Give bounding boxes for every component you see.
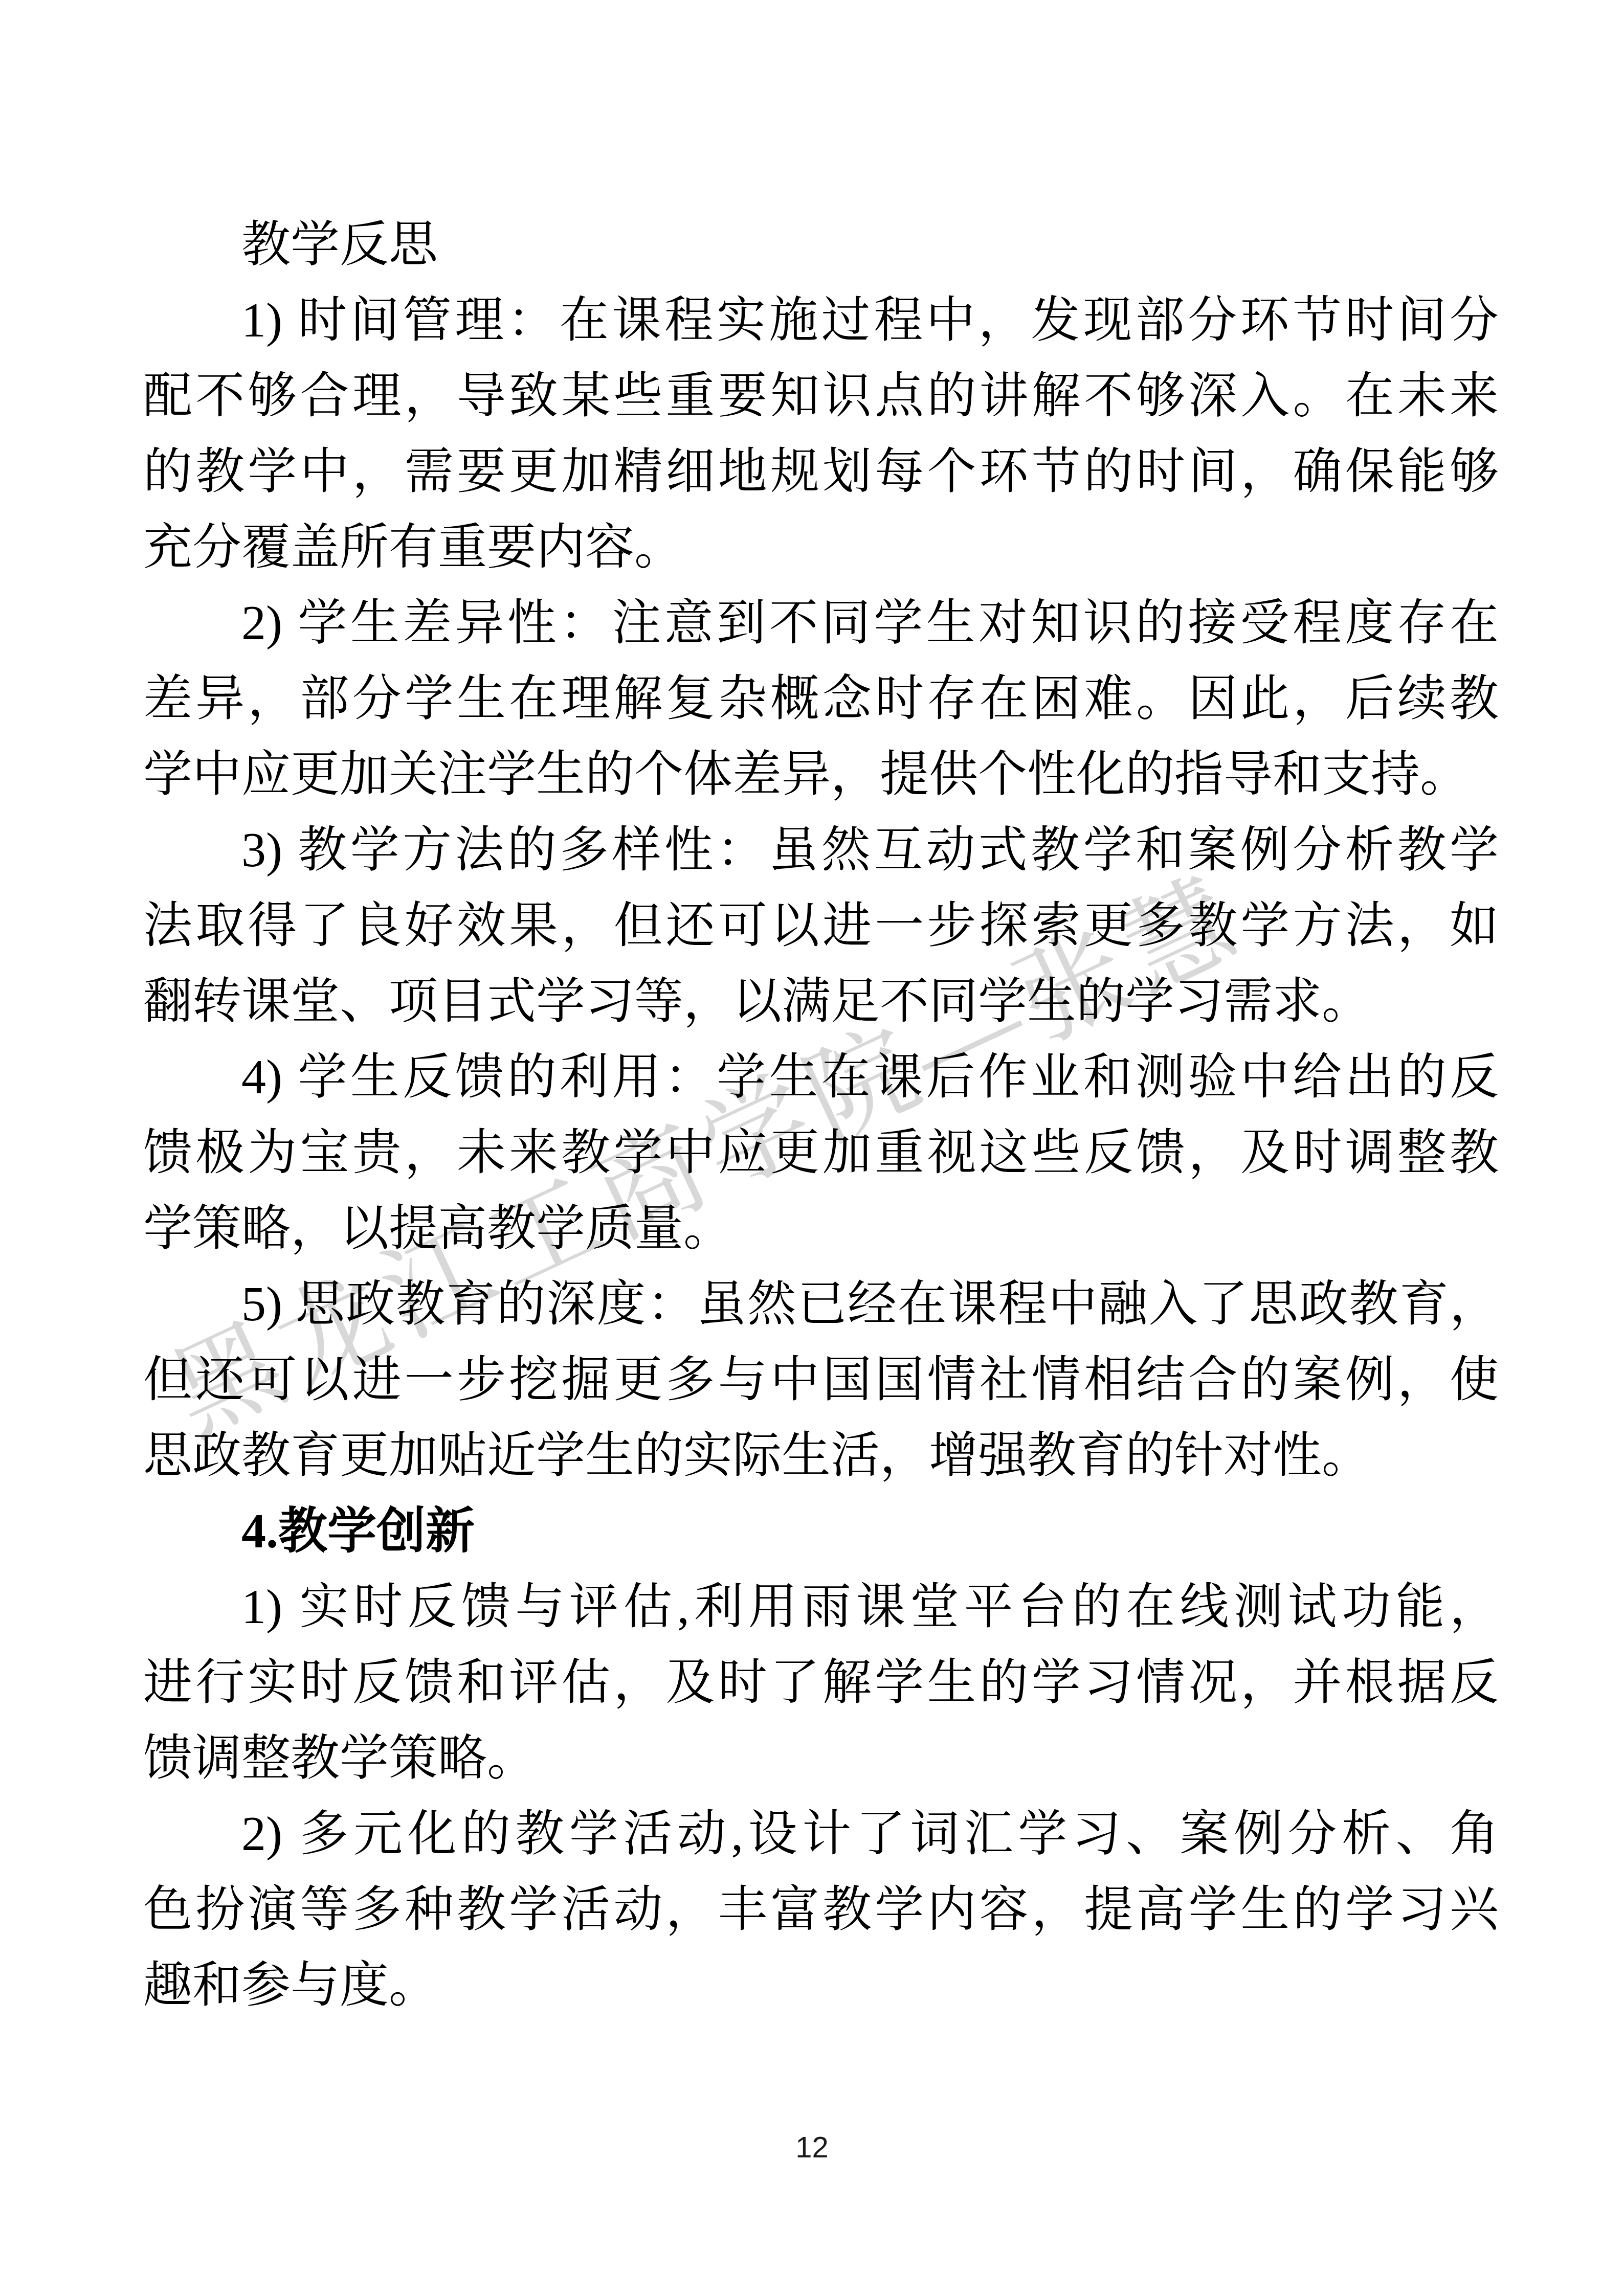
text-line: 思政教育更加贴近学生的实际生活，增强教育的针对性。	[143, 1417, 1499, 1493]
text-line: 但还可以进一步挖掘更多与中国国情社情相结合的案例，使	[143, 1342, 1499, 1417]
document-page: 黑龙江工商学院—张慧 教学反思1) 时间管理：在课程实施过程中，发现部分环节时间…	[0, 0, 1624, 2296]
text-line: 趣和参与度。	[143, 1947, 1499, 2023]
text-line: 法取得了良好效果，但还可以进一步探索更多教学方法，如	[143, 888, 1499, 963]
text-line: 馈调整教学策略。	[143, 1720, 1499, 1796]
text-line: 2) 多元化的教学活动,设计了词汇学习、案例分析、角	[143, 1796, 1499, 1872]
text-line: 学策略，以提高教学质量。	[143, 1190, 1499, 1266]
text-line: 配不够合理，导致某些重要知识点的讲解不够深入。在未来	[143, 358, 1499, 434]
text-line: 5) 思政教育的深度：虽然已经在课程中融入了思政教育，	[143, 1266, 1499, 1342]
text-line: 1) 时间管理：在课程实施过程中，发现部分环节时间分	[143, 282, 1499, 358]
text-line: 4.教学创新	[143, 1493, 1499, 1569]
text-line: 1) 实时反馈与评估,利用雨课堂平台的在线测试功能，	[143, 1569, 1499, 1645]
text-line: 进行实时反馈和评估，及时了解学生的学习情况，并根据反	[143, 1645, 1499, 1720]
text-line: 充分覆盖所有重要内容。	[143, 509, 1499, 585]
text-line: 教学反思	[143, 207, 1499, 282]
document-body: 教学反思1) 时间管理：在课程实施过程中，发现部分环节时间分配不够合理，导致某些…	[143, 207, 1499, 2023]
page-number: 12	[0, 2131, 1624, 2164]
text-line: 馈极为宝贵，未来教学中应更加重视这些反馈，及时调整教	[143, 1115, 1499, 1190]
text-line: 差异，部分学生在理解复杂概念时存在困难。因此，后续教	[143, 661, 1499, 736]
text-line: 2) 学生差异性：注意到不同学生对知识的接受程度存在	[143, 585, 1499, 661]
text-line: 学中应更加关注学生的个体差异，提供个性化的指导和支持。	[143, 736, 1499, 812]
text-line: 3) 教学方法的多样性：虽然互动式教学和案例分析教学	[143, 812, 1499, 888]
text-line: 4) 学生反馈的利用：学生在课后作业和测验中给出的反	[143, 1039, 1499, 1115]
text-line: 色扮演等多种教学活动，丰富教学内容，提高学生的学习兴	[143, 1872, 1499, 1947]
text-line: 的教学中，需要更加精细地规划每个环节的时间，确保能够	[143, 434, 1499, 509]
text-line: 翻转课堂、项目式学习等，以满足不同学生的学习需求。	[143, 963, 1499, 1039]
